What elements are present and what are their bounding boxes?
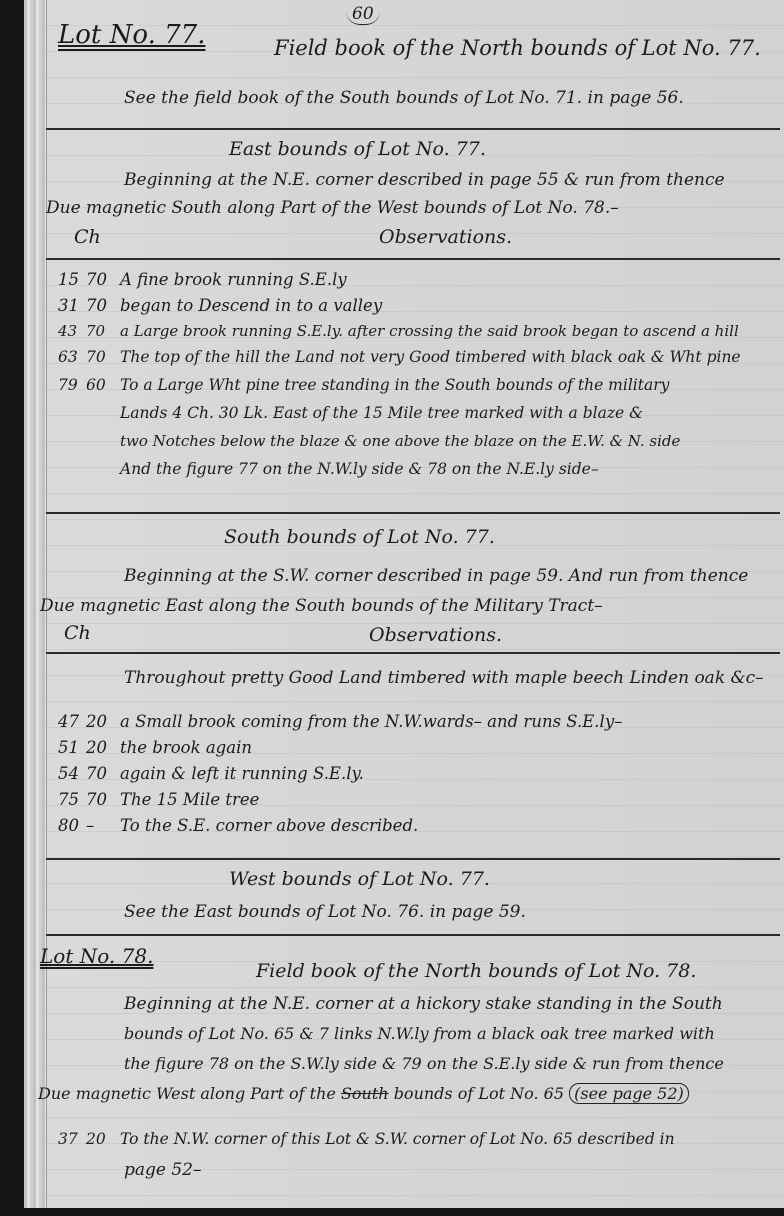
observation-row: 5120the brook again (58, 738, 252, 757)
lot-78-due-line: Due magnetic West along Part of the Sout… (38, 1084, 689, 1103)
observation-row: 4370a Large brook running S.E.ly. after … (58, 322, 739, 340)
observation-row: 7960To a Large Wht pine tree standing in… (58, 376, 669, 394)
observation-row: 80–To the S.E. corner above described. (58, 816, 418, 835)
observation-row: Lands 4 Ch. 30 Lk. East of the 15 Mile t… (58, 404, 643, 422)
observation-row: And the figure 77 on the N.W.ly side & 7… (58, 460, 599, 478)
struck-word: South (341, 1084, 389, 1103)
observation-row: 6370The top of the hill the Land not ver… (58, 348, 741, 366)
lot-77-west-note: See the East bounds of Lot No. 76. in pa… (124, 902, 526, 922)
observation-row: 7570The 15 Mile tree (58, 790, 259, 809)
lot-78-line3: the figure 78 on the S.W.ly side & 79 on… (124, 1054, 724, 1073)
lot-77-south-line1: Beginning at the S.W. corner described i… (124, 566, 748, 586)
section-divider (46, 258, 780, 260)
lot-78-row-continuation: page 52– (124, 1160, 202, 1180)
see-page-reference: (see page 52) (569, 1083, 689, 1104)
section-divider (46, 934, 780, 936)
section-divider (46, 512, 780, 514)
lot-77-south-heading: South bounds of Lot No. 77. (224, 526, 495, 548)
observation-row: 1570A fine brook running S.E.ly (58, 270, 347, 289)
lot-77-east-heading: East bounds of Lot No. 77. (229, 138, 486, 160)
observation-row: 3720To the N.W. corner of this Lot & S.W… (58, 1130, 675, 1148)
observation-row: two Notches below the blaze & one above … (58, 432, 680, 450)
lot-77-south-line2: Due magnetic East along the South bounds… (40, 596, 603, 616)
column-header-chains: Ch (74, 226, 101, 248)
lot-77-north-title: Field book of the North bounds of Lot No… (274, 36, 761, 60)
observation-row: 4720a Small brook coming from the N.W.wa… (58, 712, 622, 731)
lot-78-line2: bounds of Lot No. 65 & 7 links N.W.ly fr… (124, 1024, 715, 1043)
section-divider (46, 652, 780, 654)
lot-78-north-title: Field book of the North bounds of Lot No… (256, 960, 696, 982)
section-divider (46, 128, 780, 130)
lot-77-west-heading: West bounds of Lot No. 77. (229, 868, 490, 890)
lot-77-east-line2: Due magnetic South along Part of the Wes… (46, 198, 619, 218)
lot-78-line1: Beginning at the N.E. corner at a hickor… (124, 994, 723, 1014)
ledger-page: 60 Lot No. 77. Field book of the North b… (24, 0, 784, 1208)
observation-row: 5470again & left it running S.E.ly. (58, 764, 364, 783)
column-header-chains: Ch (64, 622, 91, 644)
column-header-observations: Observations. (379, 226, 512, 248)
lot-78-label: Lot No. 78. (40, 944, 153, 968)
page-number: 60 (346, 4, 380, 25)
lot-77-north-note: See the field book of the South bounds o… (124, 88, 684, 108)
lot-77-south-intro: Throughout pretty Good Land timbered wit… (124, 668, 764, 688)
column-header-observations: Observations. (369, 624, 502, 646)
observation-row: 3170began to Descend in to a valley (58, 296, 382, 315)
section-divider (46, 858, 780, 860)
lot-77-east-line1: Beginning at the N.E. corner described i… (124, 170, 725, 190)
lot-77-label: Lot No. 77. (58, 20, 205, 50)
